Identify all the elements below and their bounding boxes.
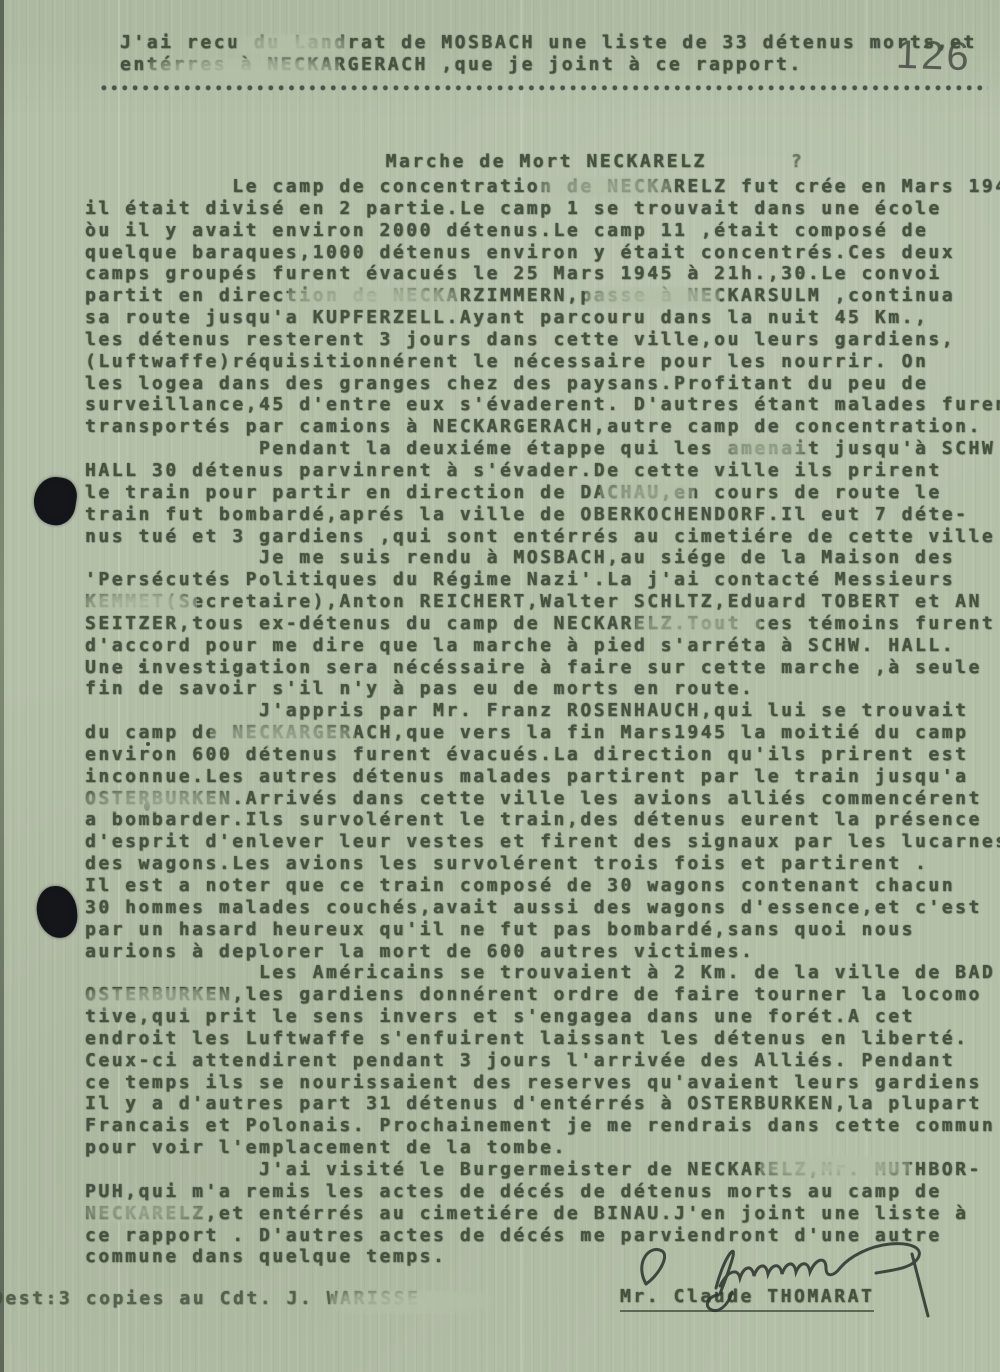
typed-line: 30 hommes malades couchés,avait aussi de…: [85, 897, 997, 919]
typed-line: camps groupés furent évacués le 25 Mars …: [85, 263, 997, 285]
typed-line: par un hasard heureux qu'il ne fut pas b…: [85, 919, 997, 941]
typed-line: òu il y avait environ 2000 détenus.Le ca…: [85, 220, 997, 242]
typed-line: Il y a d'autres part 31 détenus d'entérr…: [85, 1093, 997, 1115]
scan-edge-shadow: [0, 0, 4, 1372]
hole-punch-top: [31, 474, 80, 528]
scanned-document-page: 126 J'ai recu du Landrat de MOSBACH une …: [0, 0, 1000, 1372]
handwritten-signature: [612, 1218, 962, 1328]
typed-line: ce temps ils se nourissaient des reserve…: [85, 1072, 997, 1094]
typed-line: Je me suis rendu à MOSBACH,au siége de l…: [85, 547, 997, 569]
header-note: J'ai recu du Landrat de MOSBACH une list…: [120, 32, 977, 76]
typed-line: Ceux-ci attendirent pendant 3 jours l'ar…: [85, 1050, 997, 1072]
typed-line: endroit les Luftwaffe s'enfuirent laissa…: [85, 1028, 997, 1050]
typed-line: quelque baraques,1000 détenus environ y …: [85, 242, 997, 264]
typed-line: Les Américains se trouvaient à 2 Km. de …: [85, 962, 997, 984]
typed-line: nus tué et 3 gardiens ,qui sont entérrés…: [85, 526, 997, 548]
typed-line: HALL 30 détenus parvinrent à s'évader.De…: [85, 460, 997, 482]
typed-line: d'accord pour me dire que la marche à pi…: [85, 635, 997, 657]
typed-line: KEMMET(Secretaire),Anton REICHERT,Walter…: [85, 591, 997, 613]
typed-line: inconnue.Les autres détenus malades part…: [85, 766, 997, 788]
typed-line: les logea dans des granges chez des pays…: [85, 373, 997, 395]
signature-stroke: [720, 1244, 919, 1286]
typed-line: (Luftwaffe)réquisitionnérent le nécessai…: [85, 351, 997, 373]
hole-punch-bottom: [35, 884, 79, 939]
title-question-mark: ?: [791, 151, 804, 172]
typed-line: Il est a noter que ce train composé de 3…: [85, 875, 997, 897]
typed-line: Une investigation sera nécéssaire à fair…: [85, 657, 997, 679]
typed-line: aurions à deplorer la mort de 600 autres…: [85, 941, 997, 963]
title-text: Marche de Mort NECKARELZ: [386, 151, 707, 172]
signature-stroke: [642, 1249, 665, 1284]
typed-line: J'ai visité le Burgermeister de NECKAREL…: [85, 1159, 997, 1181]
typed-line: Le camp de concentration de NECKARELZ fu…: [85, 176, 997, 198]
typed-line: 'Persécutés Politiques du Régime Nazi'.L…: [85, 569, 997, 591]
typed-line: a bombarder.Ils survolérent le train,des…: [85, 809, 997, 831]
typed-line: transportés par camions à NECKARGERACH,a…: [85, 416, 997, 438]
typed-line: d'esprit d'enlever leur vestes et firent…: [85, 831, 997, 853]
typed-line: pour voir l'emplacement de la tombe.: [85, 1137, 997, 1159]
typed-body: Le camp de concentration de NECKARELZ fu…: [85, 176, 997, 1268]
header-line: entérres à NECKARGERACH ,que je joint à …: [120, 54, 977, 76]
typed-line: environ 600 détenus furent évacués.La di…: [85, 744, 997, 766]
typed-line: Pendant la deuxiéme étappe qui les amena…: [85, 438, 997, 460]
typed-line: surveillance,45 d'entre eux s'évaderent.…: [85, 394, 997, 416]
typed-line: des wagons.Les avions les survolérent tr…: [85, 853, 997, 875]
typed-line: il était divisé en 2 partie.Le camp 1 se…: [85, 198, 997, 220]
dotted-separator: ••••••••••••••••••••••••••••••••••••••••…: [100, 82, 988, 97]
typed-line: partit en direction de NECKARZIMMERN,pas…: [85, 285, 997, 307]
typed-line: SEITZER,tous ex-détenus du camp de NECKA…: [85, 613, 997, 635]
typed-line: J'appris par Mr. Franz ROSENHAUCH,qui lu…: [85, 700, 997, 722]
typed-line: fin de savoir s'il n'y à pas eu de morts…: [85, 678, 997, 700]
typed-line: le train pour partir en direction de DAC…: [85, 482, 997, 504]
distribution-note: Dest:3 copies au Cdt. J. WARISSE: [0, 1288, 420, 1310]
typed-line: OSTERBURKEN.Arrivés dans cette ville les…: [85, 788, 997, 810]
typed-line: sa route jusqu'a KUPFERZELL.Ayant parcou…: [85, 307, 997, 329]
typed-line: train fut bombardé,aprés la ville de OBE…: [85, 504, 997, 526]
header-line: J'ai recu du Landrat de MOSBACH une list…: [120, 32, 977, 54]
typed-line: les détenus resterent 3 jours dans cette…: [85, 329, 997, 351]
typed-line: OSTERBURKEN,les gardiens donnérent ordre…: [85, 984, 997, 1006]
typed-line: du camp de NECKARGERACH,que vers la fin …: [85, 722, 997, 744]
typed-line: tive,qui prit le sens invers et s'engage…: [85, 1006, 997, 1028]
typed-line: PUH,qui m'a remis les actes de décés de …: [85, 1181, 997, 1203]
typed-line: Francais et Polonais. Prochainement je m…: [85, 1115, 997, 1137]
signature-stroke: [912, 1254, 928, 1316]
